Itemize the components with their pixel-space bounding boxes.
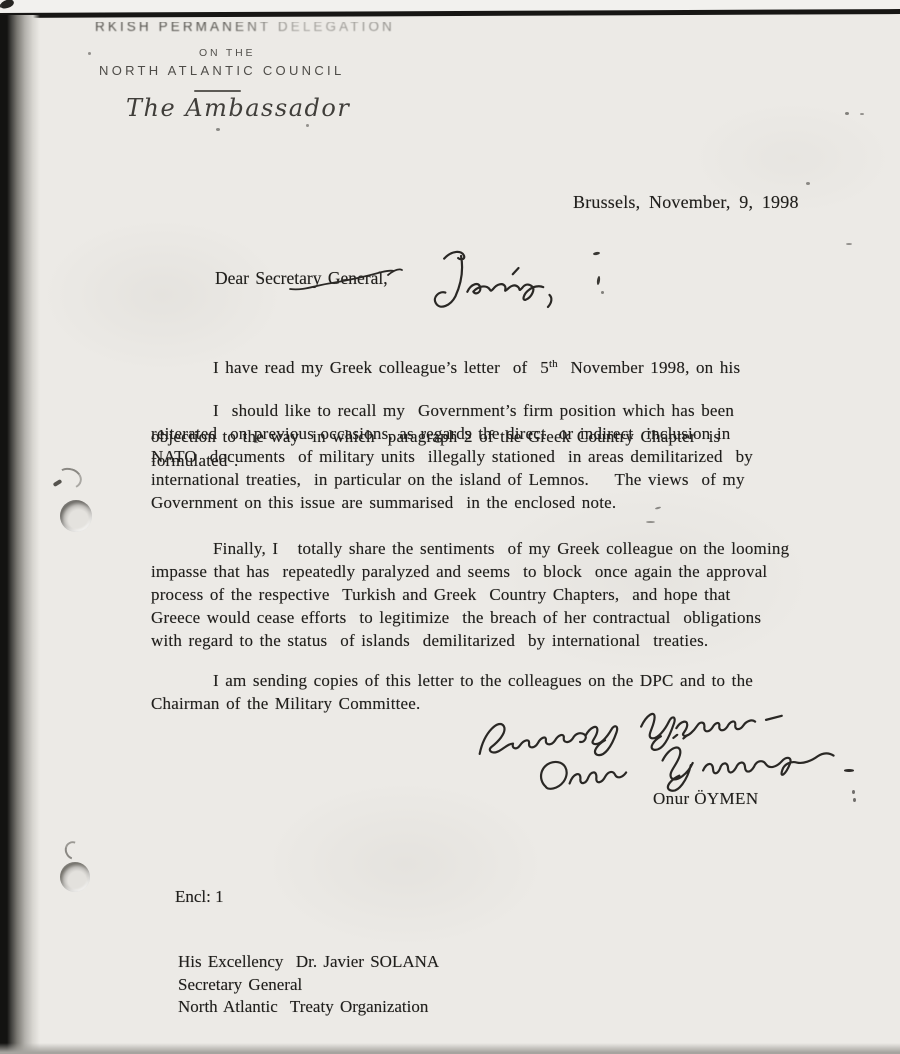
letterhead-divider [194,90,241,92]
letterhead-ambassador-title: The Ambassador [126,94,350,122]
ink-speck [646,521,655,523]
ink-speck [601,291,604,294]
hole-punch-mark [60,500,92,532]
ink-speck [852,790,855,794]
ink-speck [306,124,309,127]
letterhead-council: NORTH ATLANTIC COUNCIL [99,63,344,78]
ink-speck [593,251,600,255]
ink-speck [596,276,600,285]
ink-speck [845,112,849,115]
ink-speck [860,113,864,115]
paragraph-2: I should like to recall my Government’s … [151,399,893,514]
paragraph-1-line-1: I have read my Greek colleague’s letter … [151,353,893,379]
scan-bottom-shadow [0,1043,900,1054]
ink-speck [88,52,91,55]
scan-edge-left [0,15,40,1054]
ink-speck [853,798,856,802]
handwritten-strikethrough [286,265,406,297]
recipient-address-block: His Excellency Dr. Javier SOLANA Secreta… [178,951,439,1019]
paragraph-3: Finally, I totally share the sentiments … [151,537,893,652]
ink-speck [846,243,852,245]
scanned-letter-page: RKISH PERMANENT DELEGATION ON THE NORTH … [0,0,900,1054]
ink-speck [806,182,810,185]
hole-punch-mark [62,838,86,863]
letterhead-on-the: ON THE [199,47,255,59]
letterhead: RKISH PERMANENT DELEGATION ON THE NORTH … [95,20,415,140]
ink-speck [216,128,220,131]
typed-signature-name: Onur ÖYMEN [653,789,759,809]
date-line: Brussels, November, 9, 1998 [573,192,799,213]
hole-punch-mark [60,862,90,892]
enclosure-note: Encl: 1 [175,887,224,907]
ink-speck [844,769,854,772]
letterhead-delegation-line: RKISH PERMANENT DELEGATION [95,22,395,37]
